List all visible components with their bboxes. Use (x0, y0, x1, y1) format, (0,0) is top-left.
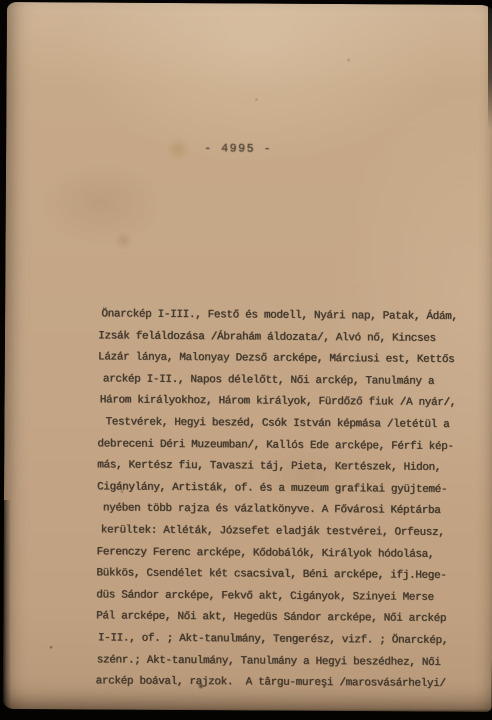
text-line: Izsák feláldozása /Ábrahám áldozata/, Al… (98, 326, 483, 350)
text-line: Cigánylány, Artisták, of. és a muzeum gr… (97, 477, 482, 501)
text-line: debreceni Déri Muzeumban/, Kallós Ede ar… (97, 434, 482, 458)
text-line: I-II., of. ; Akt-tanulmány, Tengerész, v… (96, 628, 481, 652)
document-page: - 4995 - Önarckép I-III., Festő és model… (3, 2, 492, 712)
text-line: Önarckép I-III., Festő és modell, Nyári … (98, 304, 483, 328)
text-line: Három királyokhoz, Három királyok, Fürdő… (98, 391, 483, 415)
typewritten-text: Önarckép I-III., Festő és modell, Nyári … (96, 304, 484, 696)
text-line: arckép boával, rajzok. A târgu-mureşi /m… (96, 671, 481, 695)
text-line: Bükkös, Csendélet két csacsival, Béni ar… (96, 563, 481, 587)
text-line: Pál arcképe, Női akt, Hegedüs Sándor arc… (96, 607, 481, 631)
scanned-document: - 4995 - Önarckép I-III., Festő és model… (0, 0, 492, 720)
text-line: arckép I-II., Napos délelőtt, Női arckép… (98, 369, 483, 393)
text-line: düs Sándor arcképe, Fekvő akt, Cigányok,… (96, 585, 481, 609)
text-line: kerültek: Atléták, Józsefet eladják test… (97, 520, 482, 544)
text-line: Testvérek, Hegyi beszéd, Csók István kép… (97, 412, 482, 436)
text-line: más, Kertész fiu, Tavaszi táj, Pieta, Ke… (97, 455, 482, 479)
text-line: szénr.; Akt-tanulmány, Tanulmány a Hegyi… (96, 650, 481, 674)
text-line: nyében több rajza és vázlatkönyve. A Főv… (97, 499, 482, 523)
text-line: Lázár lánya, Malonyay Dezső arcképe, Már… (98, 347, 483, 371)
page-number: - 4995 - (204, 142, 272, 155)
text-line: Ferenczy Ferenc arcképe, Kődobálók, Kirá… (96, 542, 481, 566)
